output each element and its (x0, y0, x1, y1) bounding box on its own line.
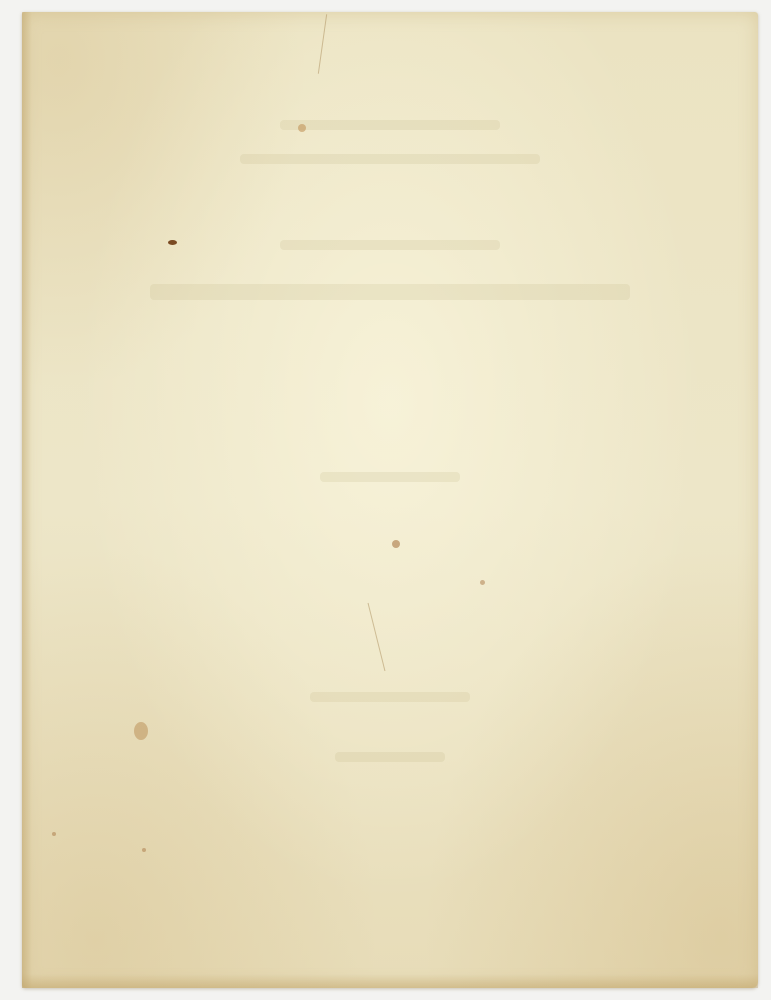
faded-text-line (335, 752, 445, 762)
paper-sheet: Photograph of a faded, yellowed antique … (22, 12, 758, 988)
faded-text-line (310, 692, 470, 702)
foxing-spot (298, 124, 306, 132)
worn-bottom-edge (22, 974, 758, 988)
foxing-spot (134, 722, 148, 740)
foxing-spot (392, 540, 400, 548)
faded-text-line (150, 284, 630, 300)
faded-text-line (320, 472, 460, 482)
foxing-spot (142, 848, 146, 852)
faded-text-line (280, 240, 500, 250)
ink-stain (168, 240, 177, 245)
paper-crease (318, 14, 327, 74)
paper-crease (368, 603, 386, 671)
foxing-spot (480, 580, 485, 585)
faded-text-line (280, 120, 500, 130)
worn-left-edge (22, 12, 32, 988)
faded-text-line (240, 154, 540, 164)
foxing-spot (52, 832, 56, 836)
